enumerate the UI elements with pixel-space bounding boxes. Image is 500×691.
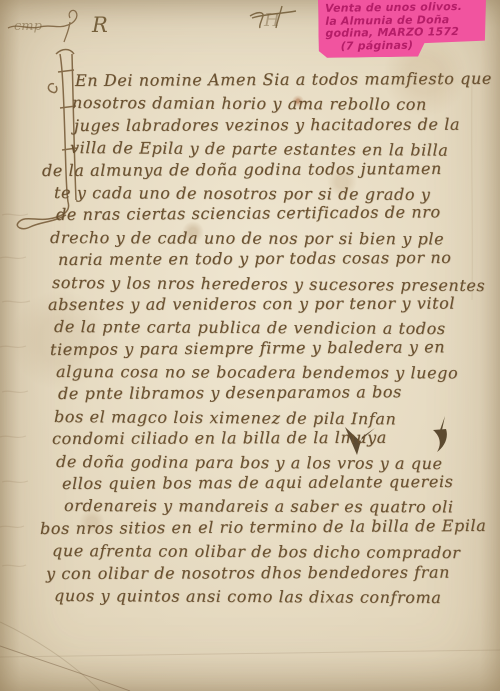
- manuscript-line: quos y quintos ansi como las dixas confr…: [54, 585, 500, 610]
- manuscript-line: condomi ciliado en la billa de la lmuya: [52, 427, 500, 451]
- sticky-note: Venta de unos olivos. la Almunia de Doña…: [318, 0, 487, 58]
- top-left-scribble-mark: [8, 10, 77, 42]
- crossed-h-text: H: [263, 10, 280, 31]
- manuscript-page: cmp R H: [0, 0, 500, 691]
- manuscript-line: y con olibar de nosotros dhos bendedores…: [46, 561, 500, 585]
- manuscript-line: de pnte libramos y desenparamos a bos: [58, 381, 500, 406]
- top-left-letter-r: R: [91, 13, 108, 37]
- manuscript-line: juges labradores vezinos y hacitadores d…: [74, 113, 500, 137]
- manuscript-line: ellos quien bos mas de aqui adelante que…: [62, 471, 500, 496]
- crossed-h-mark: [250, 6, 296, 28]
- manuscript-line: de nras ciertas sciencias certificados d…: [56, 201, 500, 226]
- manuscript-line: tiempos y para siempre firme y baledera …: [50, 336, 500, 362]
- manuscript-text-block: En Dei nomine Amen Sia a todos mamfiesto…: [40, 70, 500, 607]
- manuscript-line: En Dei nomine Amen Sia a todos mamfiesto…: [75, 68, 500, 93]
- sticky-note-line: (7 páginas): [319, 38, 487, 53]
- show-through-marks: [0, 214, 30, 566]
- top-left-scribble-text: cmp: [14, 19, 43, 34]
- manuscript-line: absentes y ad venideros con y por tenor …: [48, 292, 500, 316]
- manuscript-line: naria mente en todo y por todas cosas po…: [58, 247, 500, 272]
- manuscript-line: de la almunya de doña godina todos junta…: [42, 157, 500, 182]
- manuscript-line: bos nros sitios en el rio termino de la …: [40, 515, 500, 541]
